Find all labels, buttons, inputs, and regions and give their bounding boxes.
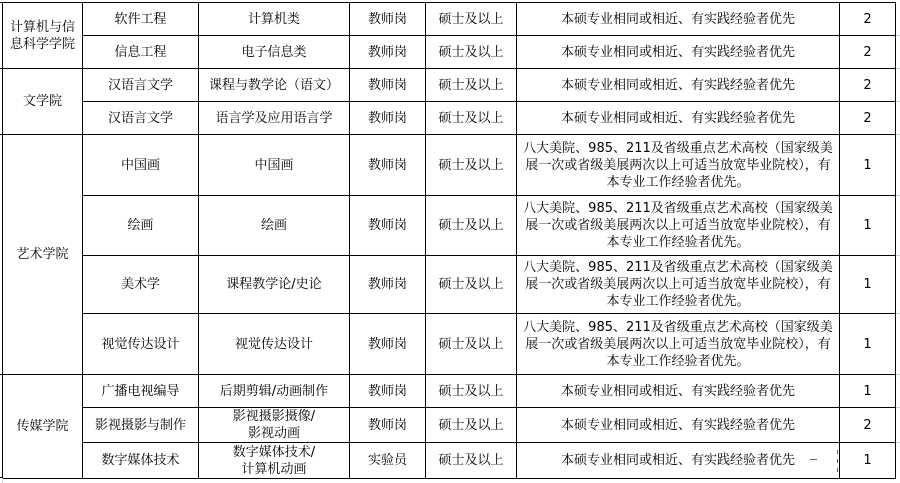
cell-count[interactable]: 1 [840, 443, 896, 479]
cell-category[interactable]: 数字媒体技术/ 计算机动画 [199, 443, 350, 479]
cell-post[interactable]: 教师岗 [350, 196, 426, 256]
table-row: 信息工程 电子信息类 教师岗 硕士及以上 本硕专业相同或相近、有实践经验者优先 … [3, 36, 896, 69]
gridline [896, 407, 900, 408]
gridline [896, 442, 900, 443]
table-row: 数字媒体技术 数字媒体技术/ 计算机动画 实验员 硕士及以上 本硕专业相同或相近… [3, 443, 896, 479]
cell-category[interactable]: 影视摄影摄像/ 影视动画 [199, 408, 350, 443]
cell-remark[interactable]: 本硕专业相同或相近、有实践经验者优先 [517, 36, 840, 69]
cell-post[interactable]: 教师岗 [350, 3, 426, 36]
cell-degree[interactable]: 硕士及以上 [426, 408, 517, 443]
cell-category[interactable]: 课程与教学论（语文） [199, 69, 350, 102]
cell-degree[interactable]: 硕士及以上 [426, 443, 517, 479]
cell-college[interactable]: 艺术学院 [3, 135, 83, 375]
cell-count[interactable]: 2 [840, 36, 896, 69]
cell-degree[interactable]: 硕士及以上 [426, 3, 517, 36]
cell-category[interactable]: 视觉传达设计 [199, 314, 350, 375]
gridline [896, 101, 900, 102]
gridline [0, 134, 2, 135]
cell-count[interactable]: 1 [840, 196, 896, 256]
cell-count[interactable]: 1 [840, 256, 896, 314]
cell-count[interactable]: 2 [840, 102, 896, 135]
recruitment-table: 计算机与信息科学学院 软件工程 计算机类 教师岗 硕士及以上 本硕专业相同或相近… [2, 2, 896, 479]
cell-category[interactable]: 中国画 [199, 135, 350, 196]
table-row: 传媒学院 广播电视编导 后期剪辑/动画制作 教师岗 硕士及以上 本硕专业相同或相… [3, 375, 896, 408]
table-row: 汉语言文学 语言学及应用语言学 教师岗 硕士及以上 本硕专业相同或相近、有实践经… [3, 102, 896, 135]
gridline [0, 374, 2, 375]
table-row: 绘画 绘画 教师岗 硕士及以上 八大美院、985、211及省级重点艺术高校（国家… [3, 196, 896, 256]
table-row: 美术学 课程教学论/史论 教师岗 硕士及以上 八大美院、985、211及省级重点… [3, 256, 896, 314]
cell-degree[interactable]: 硕士及以上 [426, 36, 517, 69]
cell-remark[interactable]: 本硕专业相同或相近、有实践经验者优先 [517, 69, 840, 102]
cell-major[interactable]: 视觉传达设计 [83, 314, 199, 375]
cell-count[interactable]: 2 [840, 408, 896, 443]
table-row: 艺术学院 中国画 中国画 教师岗 硕士及以上 八大美院、985、211及省级重点… [3, 135, 896, 196]
cell-major[interactable]: 汉语言文学 [83, 69, 199, 102]
gridline [0, 477, 2, 478]
cell-college[interactable]: 计算机与信息科学学院 [3, 3, 83, 69]
cell-remark[interactable]: 本硕专业相同或相近、有实践经验者优先 [517, 3, 840, 36]
cell-category[interactable]: 后期剪辑/动画制作 [199, 375, 350, 408]
gridline [896, 313, 900, 314]
cell-major[interactable]: 信息工程 [83, 36, 199, 69]
cell-major[interactable]: 数字媒体技术 [83, 443, 199, 479]
table-row: 文学院 汉语言文学 课程与教学论（语文） 教师岗 硕士及以上 本硕专业相同或相近… [3, 69, 896, 102]
cell-degree[interactable]: 硕士及以上 [426, 196, 517, 256]
gridline [2, 478, 3, 483]
cell-remark[interactable]: 本硕专业相同或相近、有实践经验者优先 [517, 443, 840, 479]
page-break-dash [837, 450, 838, 477]
cell-post[interactable]: 教师岗 [350, 256, 426, 314]
gridline [0, 68, 2, 69]
cell-count[interactable]: 1 [840, 314, 896, 375]
cell-degree[interactable]: 硕士及以上 [426, 256, 517, 314]
cell-degree[interactable]: 硕士及以上 [426, 69, 517, 102]
spreadsheet-area: 计算机与信息科学学院 软件工程 计算机类 教师岗 硕士及以上 本硕专业相同或相近… [0, 0, 900, 483]
cell-degree[interactable]: 硕士及以上 [426, 375, 517, 408]
cell-remark[interactable]: 本硕专业相同或相近、有实践经验者优先 [517, 375, 840, 408]
cell-post[interactable]: 教师岗 [350, 36, 426, 69]
cell-major[interactable]: 中国画 [83, 135, 199, 196]
cell-category[interactable]: 计算机类 [199, 3, 350, 36]
gridline [896, 195, 900, 196]
gridline [896, 374, 900, 375]
cell-degree[interactable]: 硕士及以上 [426, 102, 517, 135]
cell-major[interactable]: 广播电视编导 [83, 375, 199, 408]
cell-major[interactable]: 美术学 [83, 256, 199, 314]
cell-major[interactable]: 软件工程 [83, 3, 199, 36]
cell-remark[interactable]: 八大美院、985、211及省级重点艺术高校（国家级美展一次或省级美展两次以上可适… [517, 135, 840, 196]
cell-post[interactable]: 实验员 [350, 443, 426, 479]
cell-major[interactable]: 绘画 [83, 196, 199, 256]
cell-count[interactable]: 2 [840, 3, 896, 36]
cell-category[interactable]: 语言学及应用语言学 [199, 102, 350, 135]
cell-count[interactable]: 1 [840, 375, 896, 408]
cell-category[interactable]: 课程教学论/史论 [199, 256, 350, 314]
cell-degree[interactable]: 硕士及以上 [426, 135, 517, 196]
cell-college[interactable]: 传媒学院 [3, 375, 83, 479]
cell-count[interactable]: 2 [840, 69, 896, 102]
cell-remark[interactable]: 本硕专业相同或相近、有实践经验者优先 [517, 408, 840, 443]
table-row: 影视摄影与制作 影视摄影摄像/ 影视动画 教师岗 硕士及以上 本硕专业相同或相近… [3, 408, 896, 443]
cell-remark[interactable]: 八大美院、985、211及省级重点艺术高校（国家级美展一次或省级美展两次以上可适… [517, 314, 840, 375]
page-break-dash [810, 459, 817, 460]
cell-remark[interactable]: 八大美院、985、211及省级重点艺术高校（国家级美展一次或省级美展两次以上可适… [517, 256, 840, 314]
gridline [0, 2, 2, 3]
cell-post[interactable]: 教师岗 [350, 375, 426, 408]
gridline [896, 35, 900, 36]
gridline [896, 255, 900, 256]
cell-post[interactable]: 教师岗 [350, 69, 426, 102]
cell-major[interactable]: 汉语言文学 [83, 102, 199, 135]
cell-degree[interactable]: 硕士及以上 [426, 314, 517, 375]
table-row: 计算机与信息科学学院 软件工程 计算机类 教师岗 硕士及以上 本硕专业相同或相近… [3, 3, 896, 36]
cell-remark[interactable]: 本硕专业相同或相近、有实践经验者优先 [517, 102, 840, 135]
gridline [896, 68, 900, 69]
cell-post[interactable]: 教师岗 [350, 135, 426, 196]
cell-category[interactable]: 绘画 [199, 196, 350, 256]
cell-college[interactable]: 文学院 [3, 69, 83, 135]
cell-post[interactable]: 教师岗 [350, 314, 426, 375]
cell-category[interactable]: 电子信息类 [199, 36, 350, 69]
cell-major[interactable]: 影视摄影与制作 [83, 408, 199, 443]
cell-remark[interactable]: 八大美院、985、211及省级重点艺术高校（国家级美展一次或省级美展两次以上可适… [517, 196, 840, 256]
cell-post[interactable]: 教师岗 [350, 102, 426, 135]
gridline [896, 134, 900, 135]
table-row: 视觉传达设计 视觉传达设计 教师岗 硕士及以上 八大美院、985、211及省级重… [3, 314, 896, 375]
cell-count[interactable]: 1 [840, 135, 896, 196]
cell-post[interactable]: 教师岗 [350, 408, 426, 443]
